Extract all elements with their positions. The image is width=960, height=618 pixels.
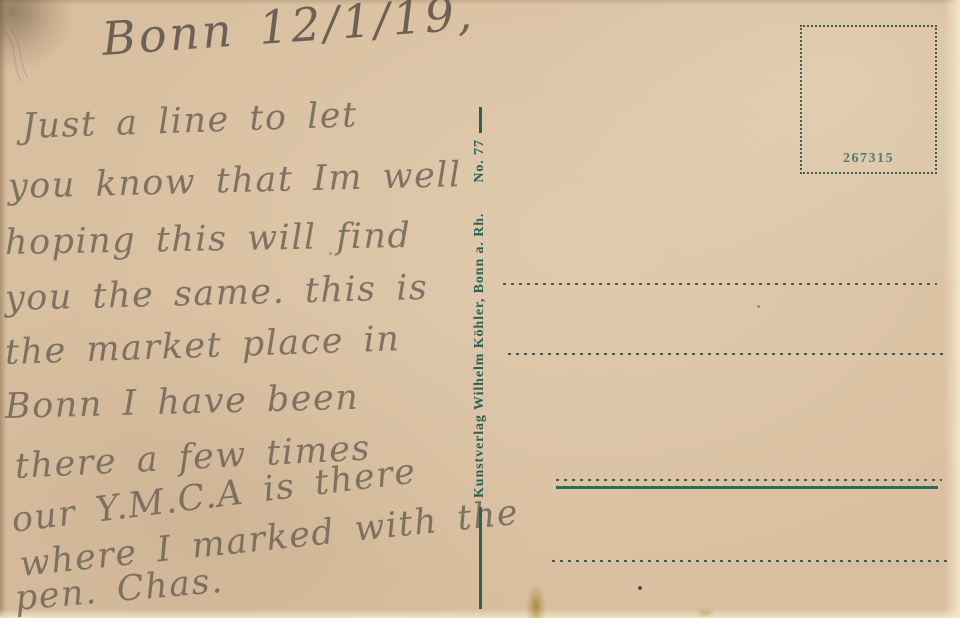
divider-imprint: Kunstverlag Wilhelm Köhler, Bonn a. Rh. …: [469, 21, 491, 609]
address-line-3-rule: [556, 486, 938, 489]
paper-edge-bottom: [0, 609, 960, 618]
address-line-2: [508, 353, 946, 355]
divider-rule-bottom: [479, 507, 482, 609]
handwritten-line: you know that Im well: [8, 158, 463, 205]
handwritten-line: Bonn I have been: [5, 381, 360, 425]
handwritten-date: Bonn 12/1/19,: [100, 0, 476, 62]
pencil-scribble: [0, 20, 70, 110]
paper-stain: [688, 602, 722, 618]
publisher-imprint: Kunstverlag Wilhelm Köhler, Bonn a. Rh.: [472, 213, 488, 498]
paper-speck: [757, 305, 760, 308]
handwritten-line: the market place in: [4, 322, 400, 371]
address-line-3-dotted: [556, 479, 942, 481]
stamp-box: 267315: [800, 25, 937, 174]
address-line-4: [552, 560, 948, 562]
stamp-control-number: 267315: [802, 151, 935, 167]
address-line-1: [503, 283, 937, 285]
paper-edge-top: [0, 0, 960, 5]
handwritten-line: you the same. this is: [5, 271, 429, 317]
paper-stain: [522, 582, 550, 618]
handwritten-line: hoping this will find: [5, 219, 412, 261]
postcard-back: Bonn 12/1/19, Just a line to let you kno…: [0, 0, 960, 618]
card-number: No. 77: [472, 139, 488, 183]
paper-speck: [638, 586, 642, 590]
handwritten-line: Just a line to let: [21, 98, 358, 145]
divider-rule-top: [479, 107, 482, 133]
paper-edge-right: [944, 0, 960, 618]
